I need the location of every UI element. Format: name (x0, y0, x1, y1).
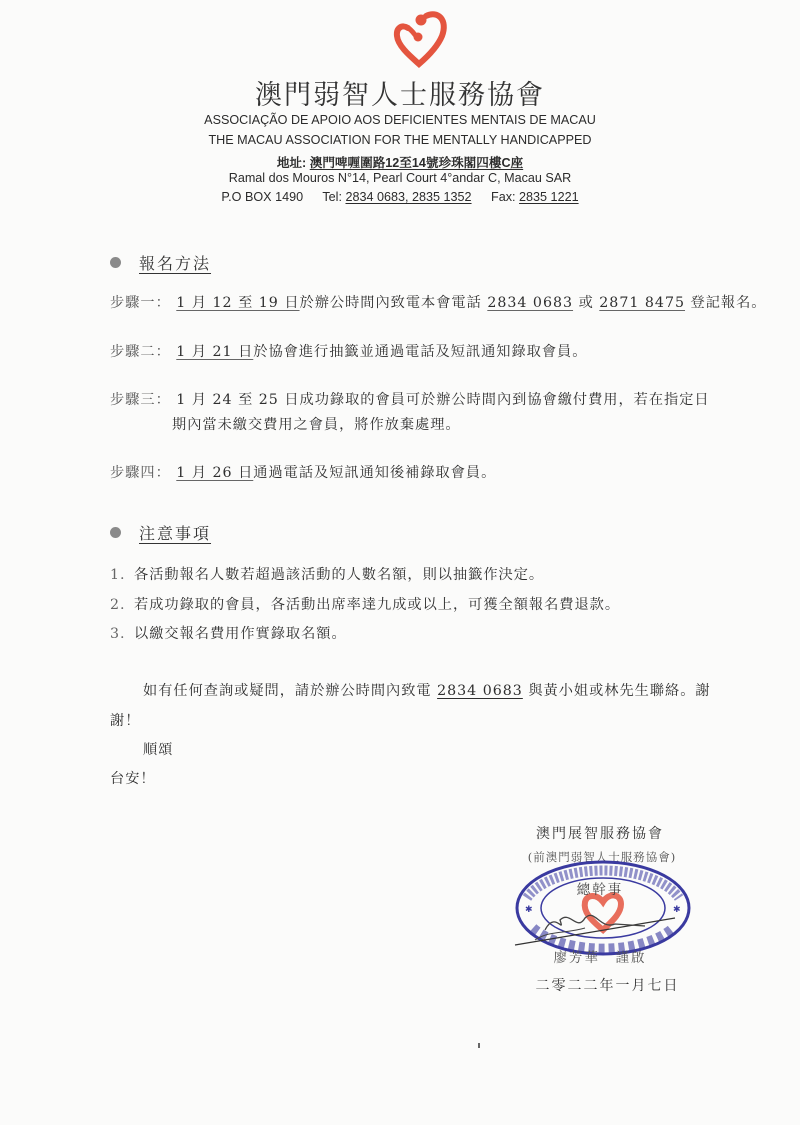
fax-number: 2835 1221 (519, 190, 579, 204)
letter-date: 二零二二年一月七日 (525, 975, 690, 995)
address-value: 澳門啤喱圍路12至14號珍珠閣四樓C座 (310, 156, 523, 170)
enquiry-phone: 2834 0683 (437, 683, 523, 699)
enquiry-paragraph: 如有任何查詢或疑問，請於辦公時間內致電 2834 0683 與黃小姐或林先生聯絡… (143, 680, 711, 700)
section-title: 注意事項 (139, 521, 211, 544)
red-heart-logo-icon (388, 6, 450, 68)
scan-speck (478, 1043, 480, 1048)
tel-label: Tel: (322, 190, 342, 204)
org-name-portuguese: ASSOCIAÇÃO DE APOIO AOS DEFICIENTES MENT… (0, 113, 800, 127)
step-date: 1 月 26 日 (176, 465, 253, 481)
step-date: 1 月 12 至 19 日 (176, 295, 299, 311)
address-chinese: 地址: 澳門啤喱圍路12至14號珍珠閣四樓C座 (0, 152, 800, 171)
phone-link: 2834 0683 (487, 295, 573, 311)
note-item: 1.各活動報名人數若超過該活動的人數名額，則以抽籤作決定。 (110, 564, 544, 584)
po-box: P.O BOX 1490 (221, 190, 303, 204)
signatory-name: 廖芳華 謹啟 (530, 946, 670, 966)
fax-label: Fax: (491, 190, 516, 204)
org-name-english: THE MACAU ASSOCIATION FOR THE MENTALLY H… (0, 133, 800, 147)
bullet-icon (110, 527, 121, 538)
bullet-icon (110, 257, 121, 268)
step-4: 步驟四： 1 月 26 日通過電話及短訊通知後補錄取會員。 (110, 462, 496, 482)
step-date: 1 月 21 日 (176, 344, 253, 360)
registration-heading: 報名方法 (110, 251, 211, 274)
step-3-continued: 期內當未繳交費用之會員，將作放棄處理。 (172, 414, 461, 434)
handwritten-signature (505, 890, 685, 950)
note-item: 3.以繳交報名費用作實錄取名額。 (110, 623, 347, 643)
salutation-line-2: 台安！ (110, 768, 156, 788)
notes-heading: 注意事項 (110, 521, 211, 544)
note-item: 2.若成功錄取的會員，各活動出席率達九成或以上，可獲全額報名費退款。 (110, 594, 620, 614)
letter-page: 澳門弱智人士服務協會 ASSOCIAÇÃO DE APOIO AOS DEFIC… (0, 0, 800, 1125)
section-title: 報名方法 (139, 251, 211, 274)
address-portuguese: Ramal dos Mouros N°14, Pearl Court 4°and… (0, 171, 800, 185)
step-2: 步驟二： 1 月 21 日於協會進行抽籤並通過電話及短訊通知錄取會員。 (110, 341, 587, 361)
enquiry-paragraph-end: 謝！ (110, 710, 140, 730)
address-label: 地址: (277, 156, 306, 170)
salutation-line-1: 順頌 (143, 739, 173, 759)
step-1: 步驟一： 1 月 12 至 19 日於辦公時間內致電本會電話 2834 0683… (110, 292, 766, 312)
phone-link: 2871 8475 (599, 295, 685, 311)
signature-org: 澳門展智服務協會 (520, 823, 680, 843)
org-name-chinese: 澳門弱智人士服務協會 (0, 73, 800, 112)
contact-line: P.O BOX 1490 Tel: 2834 0683, 2835 1352 F… (0, 190, 800, 204)
step-3: 步驟三： 1 月 24 至 25 日成功錄取的會員可於辦公時間內到協會繳付費用，… (110, 389, 710, 409)
tel-numbers: 2834 0683, 2835 1352 (345, 190, 471, 204)
